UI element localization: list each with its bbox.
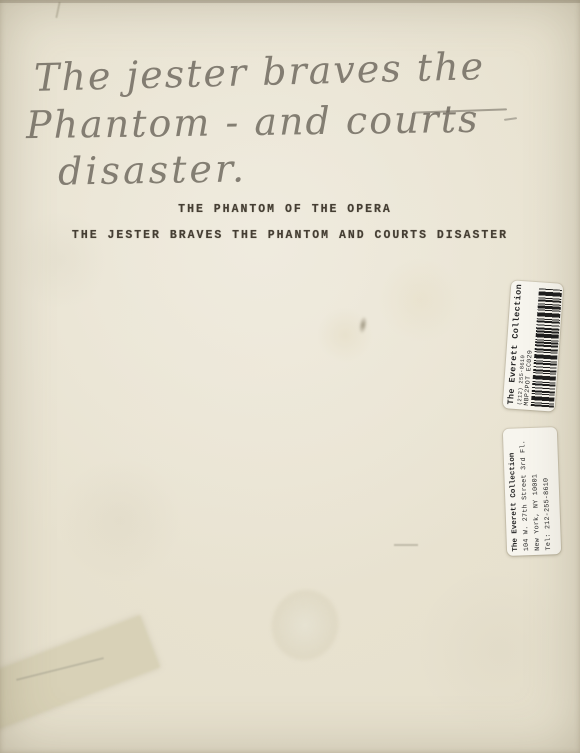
faint-dash-mark	[394, 544, 418, 546]
handwriting-line-2: Phantom - and courts	[26, 97, 480, 147]
tape-residue	[0, 615, 160, 731]
crease-mark	[55, 2, 60, 18]
pencil-dash	[504, 117, 517, 121]
handwriting-line-1: The jester braves the	[34, 44, 486, 100]
smudge-mark	[357, 315, 368, 334]
handwriting-line-3: disaster.	[58, 146, 248, 193]
everett-barcode-sticker: The Everett Collection (212) 255-8610 MB…	[503, 280, 564, 411]
everett-address-sticker: The Everett Collection 104 W. 27th Stree…	[503, 427, 561, 556]
photo-back-scan: { "handwriting": { "line1": "The jester …	[0, 0, 580, 753]
faint-stain	[238, 558, 373, 693]
barcode-sticker-content: The Everett Collection (212) 255-8610 MB…	[503, 280, 564, 411]
caption-title: THE PHANTOM OF THE OPERA	[0, 203, 575, 216]
address-sticker-content: The Everett Collection 104 W. 27th Stree…	[503, 427, 561, 556]
paper-top-edge	[0, 0, 580, 3]
caption-subtitle: THE JESTER BRAVES THE PHANTOM AND COURTS…	[0, 229, 580, 242]
